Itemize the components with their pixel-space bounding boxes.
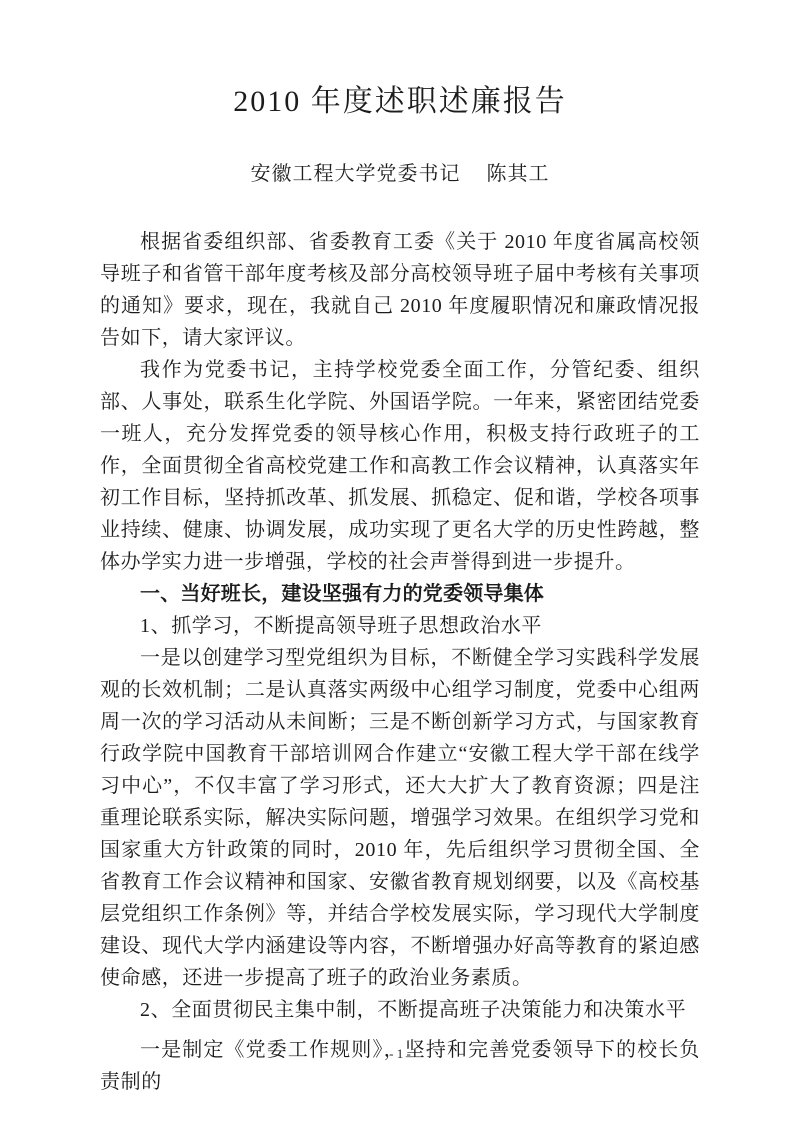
paragraph-learning: 一是以创建学习型党组织为目标，不断健全学习实践科学发展观的长效机制；二是认真落实… [100,642,700,994]
document-title: 2010 年度述职述廉报告 [100,85,700,119]
sub-heading-1-2: 2、全面贯彻民主集中制，不断提高班子决策能力和决策水平 [100,994,700,1026]
paragraph-decision: 一是制定《党委工作规则》，坚持和完善党委领导下的校长负责制的 [100,1034,700,1098]
document-byline: 安徽工程大学党委书记陈其工 [100,162,700,186]
paragraph-overview: 我作为党委书记，主持学校党委全面工作，分管纪委、组织部、人事处，联系生化学院、外… [100,354,700,578]
sub-heading-1-1: 1、抓学习，不断提高领导班子思想政治水平 [100,610,700,642]
page-number: - 1 - [0,1046,800,1062]
paragraph-intro: 根据省委组织部、省委教育工委《关于 2010 年度省属高校领导班子和省管干部年度… [100,226,700,354]
section-heading-1: 一、当好班长，建设坚强有力的党委领导集体 [100,578,700,610]
byline-affiliation: 安徽工程大学党委书记 [251,163,461,185]
document-text: 根据省委组织部、省委教育工委《关于 2010 年度省属高校领导班子和省管干部年度… [100,226,700,1098]
byline-author: 陈其工 [487,163,550,185]
document-body: 2010 年度述职述廉报告 安徽工程大学党委书记陈其工 根据省委组织部、省委教育… [100,0,700,1098]
document-page: 2010 年度述职述廉报告 安徽工程大学党委书记陈其工 根据省委组织部、省委教育… [0,0,800,1131]
